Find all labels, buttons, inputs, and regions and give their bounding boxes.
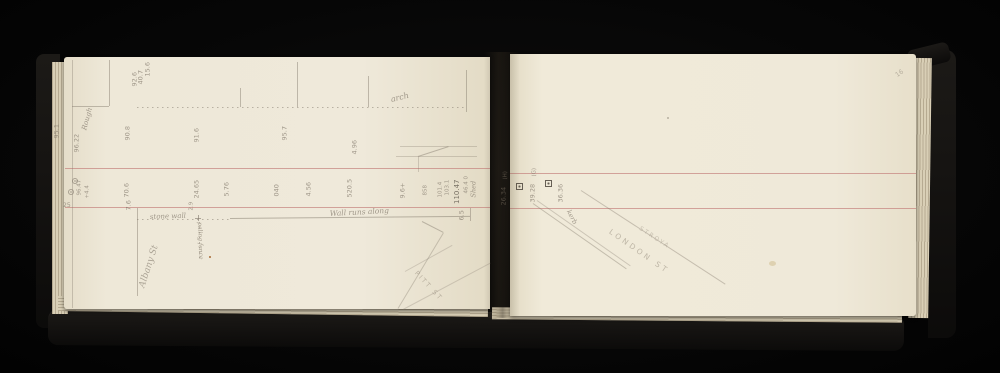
annotation: paling fence bbox=[196, 222, 203, 260]
annotation: Shed bbox=[471, 181, 478, 198]
red-rule-line bbox=[65, 168, 490, 169]
pencil-line bbox=[297, 62, 298, 107]
red-rule-line bbox=[510, 173, 916, 174]
annotation: 96.22 bbox=[74, 134, 81, 153]
pencil-line bbox=[396, 156, 477, 157]
circled-survey-mark-icon bbox=[68, 189, 74, 195]
annotation: 15.6 bbox=[145, 62, 152, 76]
annotation: stone wall bbox=[150, 213, 186, 221]
annotation: 520.5 bbox=[347, 179, 354, 198]
annotation: 2.9 bbox=[190, 202, 196, 211]
annotation: 91.6 bbox=[194, 128, 201, 142]
photo-background: 40.7 15.6 92.6 Rough 95.1 96.22 90.8 91.… bbox=[0, 0, 1000, 373]
pencil-line bbox=[466, 70, 467, 112]
pencil-line bbox=[400, 146, 477, 147]
survey-mark-icon bbox=[545, 180, 552, 187]
pencil-margin-line bbox=[72, 60, 73, 308]
annotation: (H) bbox=[504, 171, 510, 179]
pencil-line bbox=[240, 88, 241, 107]
annotation: 6.5 bbox=[459, 210, 466, 220]
paper-speck bbox=[209, 256, 211, 258]
annotation: 858 bbox=[424, 185, 430, 196]
annotation: 95.1 bbox=[54, 124, 61, 138]
annotation: 4.96 bbox=[352, 140, 359, 154]
annotation: 95.7 bbox=[282, 126, 289, 140]
annotation: 25 bbox=[63, 203, 71, 209]
paper-stain bbox=[769, 261, 776, 266]
annotation: 26.34 bbox=[501, 187, 508, 206]
annotation: 101.4 bbox=[439, 182, 445, 198]
pencil-line bbox=[72, 106, 109, 107]
annotation: (G) bbox=[533, 168, 539, 177]
annotation: 90.8 bbox=[125, 126, 132, 140]
annotation: 103.1 bbox=[446, 180, 452, 196]
annotation: 5.76 bbox=[224, 182, 231, 196]
pencil-line bbox=[109, 60, 110, 106]
annotation: 39.28 bbox=[530, 184, 537, 203]
annotation: 70.6 bbox=[124, 183, 131, 197]
pencil-line bbox=[418, 157, 419, 172]
annotation: 040 bbox=[274, 184, 281, 196]
annotation: 92.6 bbox=[132, 72, 139, 86]
pencil-dotted-line bbox=[137, 107, 466, 108]
pencil-cross-mark bbox=[198, 215, 199, 221]
annotation: 7.6 bbox=[126, 200, 133, 210]
book-cover-right-edge bbox=[928, 50, 956, 338]
annotation: +4.4 bbox=[86, 185, 92, 198]
pencil-line bbox=[368, 76, 369, 107]
annotation: 36.36 bbox=[558, 184, 565, 203]
pencil-dot bbox=[667, 117, 669, 119]
survey-mark-icon bbox=[516, 183, 523, 190]
annotation: 4.56 bbox=[306, 182, 313, 196]
annotation: 24.65 bbox=[194, 180, 201, 199]
annotation: 9.6+ bbox=[400, 183, 407, 199]
annotation: 96.47 bbox=[78, 180, 84, 196]
annotation: 110.47 bbox=[454, 180, 461, 205]
pencil-line bbox=[470, 208, 471, 221]
